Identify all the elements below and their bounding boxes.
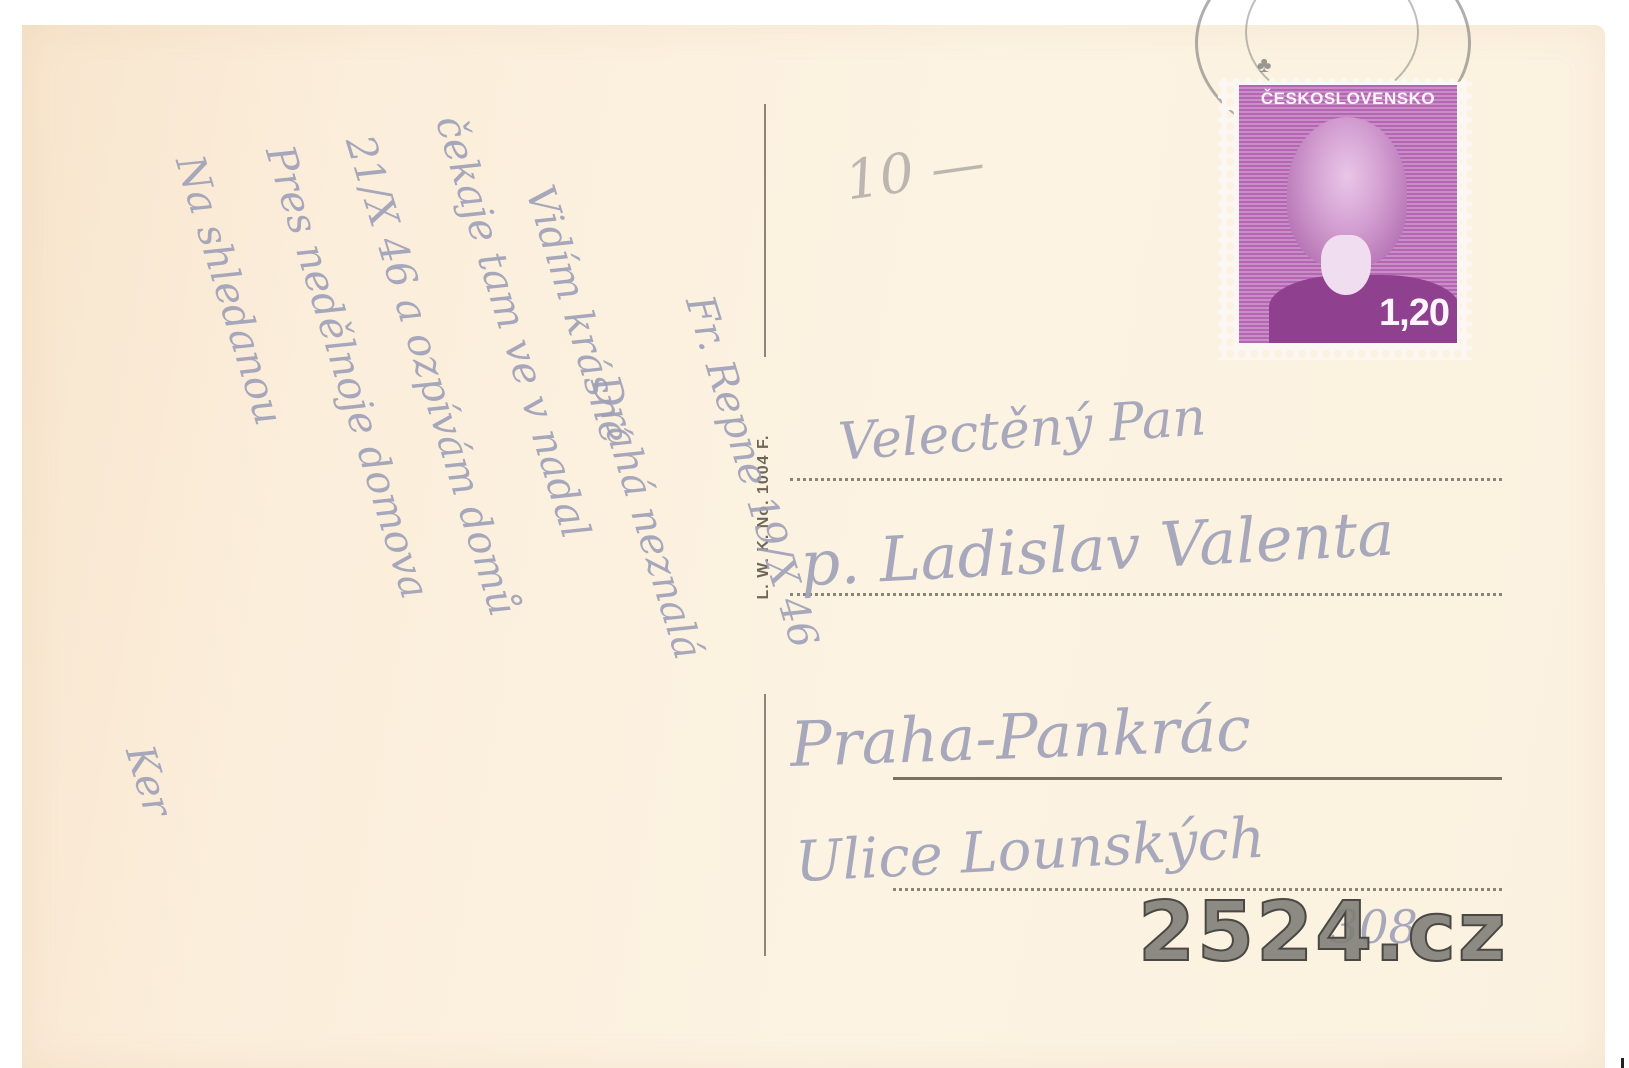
center-divider-top: [764, 104, 766, 357]
site-watermark: 2524.cz: [1138, 885, 1508, 980]
stamp-value: 1,20: [1379, 292, 1449, 335]
address-line-3: [893, 777, 1502, 780]
center-divider-bottom: [764, 694, 766, 956]
scan-edge-mark: [1621, 1058, 1624, 1068]
postmark-club-icon: ♣: [1257, 52, 1271, 78]
postage-stamp: ČESKOSLOVENSKO 1,20: [1236, 82, 1460, 346]
stamp-country: ČESKOSLOVENSKO: [1239, 89, 1457, 109]
address-line-1: [790, 478, 1502, 481]
stamp-beard-graphic: [1321, 235, 1371, 295]
